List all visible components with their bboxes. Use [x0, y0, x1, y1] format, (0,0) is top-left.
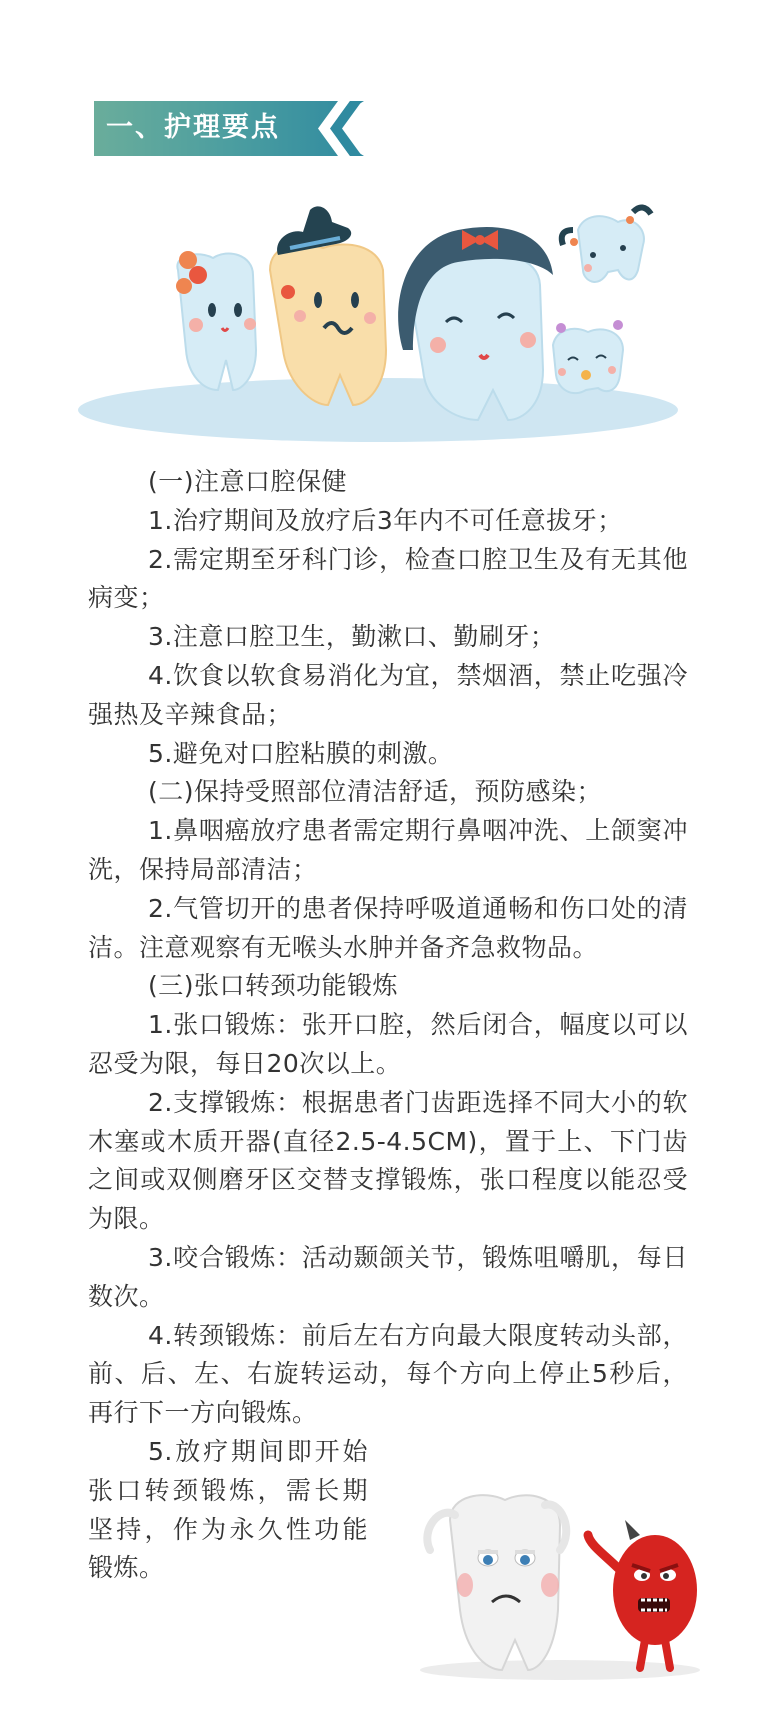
section-heading-3: (三)张口转颈功能锻炼: [88, 967, 688, 1006]
tooth-character-baby: [553, 320, 623, 393]
section-heading-2: (二)保持受照部位清洁舒适，预防感染；: [88, 773, 688, 812]
sad-tooth-and-germ-illustration: [410, 1480, 710, 1680]
tooth-character-gentleman: [270, 206, 386, 405]
list-item: 5.放疗期间即开始张口转颈锻炼，需长期坚持，作为永久性功能锻炼。: [88, 1433, 368, 1588]
section-title-banner: 一、护理要点: [94, 101, 364, 156]
list-item: 2.支撑锻炼：根据患者门齿距选择不同大小的软木塞或木质开器(直径2.5-4.5C…: [88, 1084, 688, 1239]
page: 一、护理要点: [0, 0, 780, 1730]
tooth-character-small-girl: [562, 207, 651, 281]
list-item: 4.转颈锻炼：前后左右方向最大限度转动头部，前、后、左、右旋转运动，每个方向上停…: [88, 1317, 688, 1433]
list-item: 5.避免对口腔粘膜的刺激。: [88, 735, 688, 774]
list-item: 1.治疗期间及放疗后3年内不可任意拔牙；: [88, 502, 688, 541]
section-title: 一、护理要点: [106, 111, 280, 145]
list-item: 2.需定期至牙科门诊，检查口腔卫生及有无其他病变；: [88, 541, 688, 619]
red-germ-character: [588, 1520, 697, 1668]
double-chevron-left-icon: [316, 101, 362, 156]
list-item: 2.气管切开的患者保持呼吸道通畅和伤口处的清洁。注意观察有无喉头水肿并备齐急救物…: [88, 890, 688, 968]
list-item: 3.注意口腔卫生，勤漱口、勤刷牙；: [88, 618, 688, 657]
sad-tooth-character: [427, 1495, 566, 1670]
tooth-character-left: [176, 251, 256, 390]
list-item: 3.咬合锻炼：活动颞颌关节，锻炼咀嚼肌，每日数次。: [88, 1239, 688, 1317]
list-item: 1.鼻咽癌放疗患者需定期行鼻咽冲洗、上颌窦冲洗，保持局部清洁；: [88, 812, 688, 890]
list-item: 4.饮食以软食易消化为宜，禁烟酒，禁止吃强冷强热及辛辣食品；: [88, 657, 688, 735]
cartoon-teeth-family-illustration: [78, 200, 698, 445]
list-item: 1.张口锻炼：张开口腔，然后闭合，幅度以可以忍受为限，每日20次以上。: [88, 1006, 688, 1084]
section-heading-1: (一)注意口腔保健: [88, 463, 688, 502]
care-points-content: (一)注意口腔保健 1.治疗期间及放疗后3年内不可任意拔牙； 2.需定期至牙科门…: [88, 463, 688, 1588]
